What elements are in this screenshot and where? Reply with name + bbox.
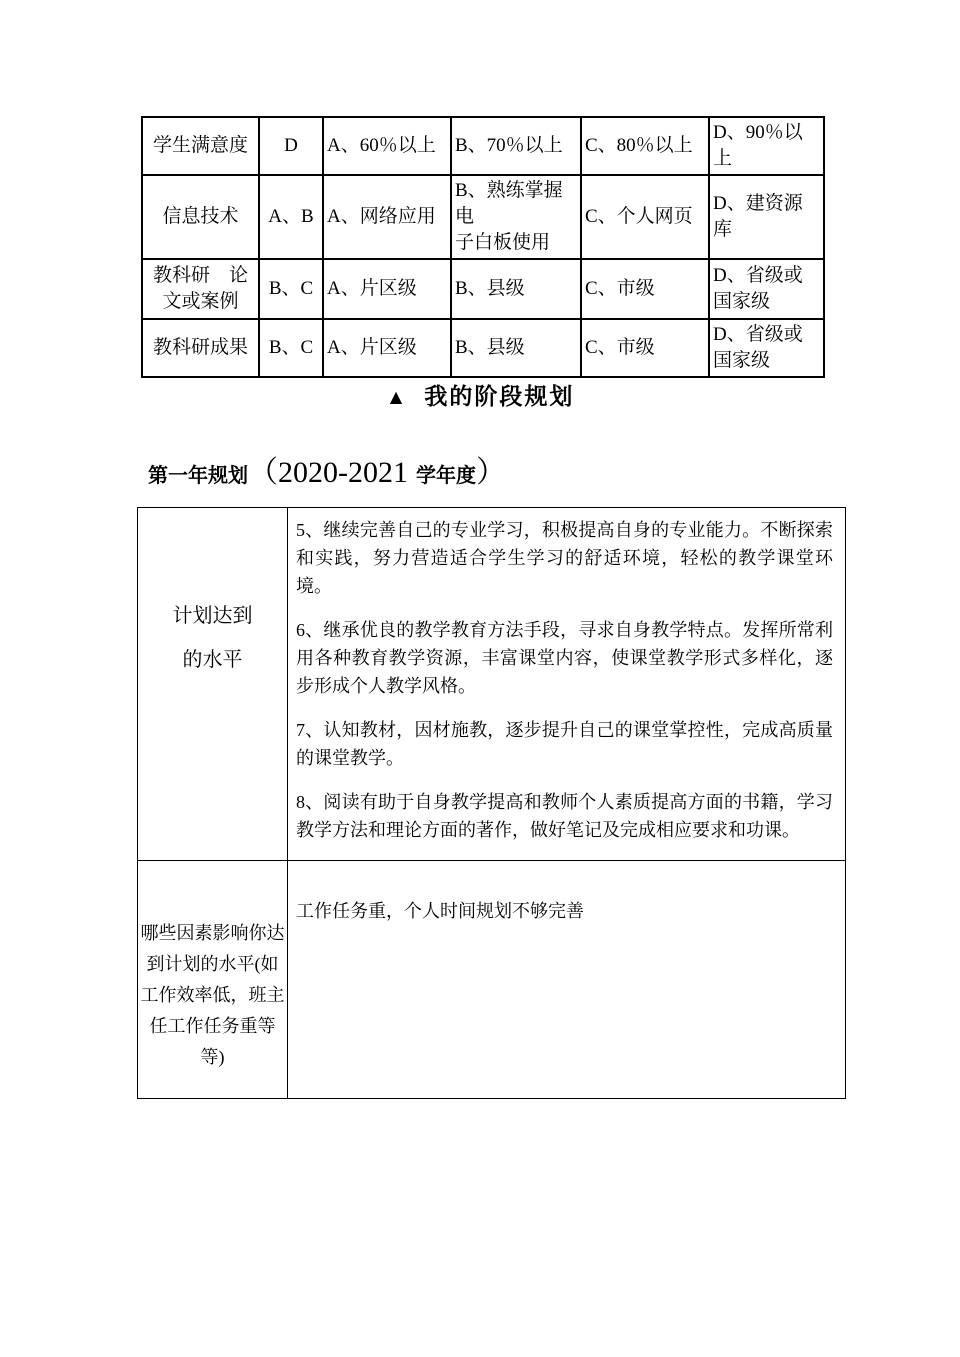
criteria-row-label: 学生满意度 <box>142 117 259 175</box>
plan-row-label-text: 计划达到 的水平 <box>139 594 286 682</box>
criteria-option-a: A、片区级 <box>323 319 451 377</box>
criteria-option-a: A、片区级 <box>323 259 451 319</box>
criteria-option-c: C、80％以上 <box>581 117 709 175</box>
plan-row-label: 计划达到 的水平 <box>138 508 288 861</box>
criteria-row-value: A、B <box>259 175 323 259</box>
plan-paragraph-8: 8、阅读有助于自身教学提高和教师个人素质提高方面的书籍，学习教学方法和理论方面的… <box>296 788 833 844</box>
criteria-option-b: B、70％以上 <box>451 117 581 175</box>
plan-row-label-text: 哪些因素影响你达 到计划的水平(如 工作效率低，班主 任工作任务重等 等) <box>141 923 285 1067</box>
criteria-row-information-technology: 信息技术 A、B A、网络应用 B、熟练掌握电 子白板使用 C、个人网页 D、建… <box>142 175 824 259</box>
plan-heading-close-paren: ） <box>476 456 506 489</box>
criteria-row-research-result: 教科研成果 B、C A、片区级 B、县级 C、市级 D、省级或 国家级 <box>142 319 824 377</box>
criteria-row-label: 教科研 论 文或案例 <box>142 259 259 319</box>
plan-heading-prefix: 第一年规划 <box>148 465 248 487</box>
criteria-row-research-paper: 教科研 论 文或案例 B、C A、片区级 B、县级 C、市级 D、省级或 国家级 <box>142 259 824 319</box>
plan-factors-answer: 工作任务重，个人时间规划不够完善 <box>288 861 846 1099</box>
criteria-option-b: B、县级 <box>451 319 581 377</box>
criteria-option-b: B、熟练掌握电 子白板使用 <box>451 175 581 259</box>
triangle-marker-icon: ▲ <box>386 386 409 409</box>
plan-paragraph-7: 7、认知教材，因材施教，逐步提升自己的课堂掌控性，完成高质量的课堂教学。 <box>296 716 833 772</box>
criteria-option-d: D、省级或 国家级 <box>709 259 824 319</box>
criteria-option-c: C、市级 <box>581 259 709 319</box>
criteria-option-d: D、90％以 上 <box>709 117 824 175</box>
plan-row-influencing-factors: 哪些因素影响你达 到计划的水平(如 工作效率低，班主 任工作任务重等 等) 工作… <box>138 861 846 1099</box>
criteria-row-value: D <box>259 117 323 175</box>
plan-row-target-level: 计划达到 的水平 5、继续完善自己的专业学习，积极提高自身的专业能力。不断探索和… <box>138 508 846 861</box>
section-title: 我的阶段规划 <box>424 383 574 409</box>
plan-heading: 第一年规划（2020-2021学年度） <box>148 447 506 491</box>
criteria-option-d: D、省级或 国家级 <box>709 319 824 377</box>
criteria-row-value: B、C <box>259 319 323 377</box>
plan-heading-open-paren: （ <box>248 456 278 489</box>
plan-paragraph-6: 6、继承优良的教学教育方法手段，寻求自身教学特点。发挥所常利用各种教育教学资源，… <box>296 616 833 700</box>
criteria-option-a: A、60％以上 <box>323 117 451 175</box>
criteria-row-value: B、C <box>259 259 323 319</box>
criteria-row-label: 教科研成果 <box>142 319 259 377</box>
plan-heading-suffix: 学年度 <box>416 465 476 487</box>
criteria-row-label: 信息技术 <box>142 175 259 259</box>
plan-target-level-content: 5、继续完善自己的专业学习，积极提高自身的专业能力。不断探索和实践，努力营造适合… <box>288 508 846 861</box>
criteria-option-a: A、网络应用 <box>323 175 451 259</box>
plan-table: 计划达到 的水平 5、继续完善自己的专业学习，积极提高自身的专业能力。不断探索和… <box>137 507 846 1099</box>
plan-row-label: 哪些因素影响你达 到计划的水平(如 工作效率低，班主 任工作任务重等 等) <box>138 861 288 1099</box>
plan-paragraph-5: 5、继续完善自己的专业学习，积极提高自身的专业能力。不断探索和实践，努力营造适合… <box>296 516 833 600</box>
criteria-option-c: C、市级 <box>581 319 709 377</box>
criteria-option-b: B、县级 <box>451 259 581 319</box>
section-heading: ▲我的阶段规划 <box>0 378 960 411</box>
criteria-table: 学生满意度 D A、60％以上 B、70％以上 C、80％以上 D、90％以 上… <box>141 116 825 378</box>
document-page: 学生满意度 D A、60％以上 B、70％以上 C、80％以上 D、90％以 上… <box>0 0 960 1357</box>
criteria-row-student-satisfaction: 学生满意度 D A、60％以上 B、70％以上 C、80％以上 D、90％以 上 <box>142 117 824 175</box>
criteria-option-d: D、建资源 库 <box>709 175 824 259</box>
criteria-option-c: C、个人网页 <box>581 175 709 259</box>
plan-heading-year: 2020-2021 <box>278 456 408 489</box>
